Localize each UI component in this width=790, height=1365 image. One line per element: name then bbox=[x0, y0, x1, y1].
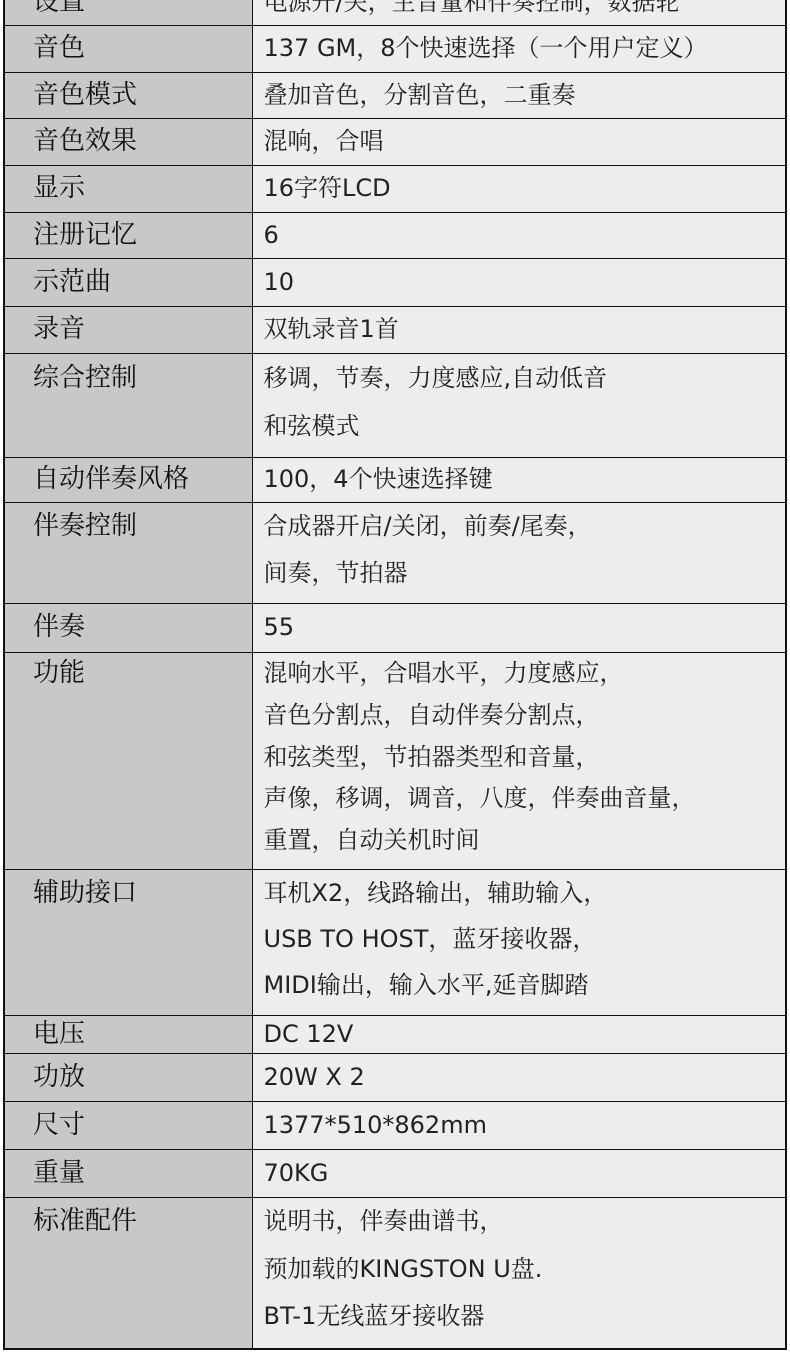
spec-label: 音色 bbox=[33, 26, 252, 71]
spec-label-cell: 显示 bbox=[4, 166, 252, 213]
spec-label-cell: 标准配件 bbox=[4, 1198, 252, 1349]
spec-value-line: 音色分割点，自动伴奏分割点， bbox=[264, 695, 786, 737]
spec-row: 功能混响水平，合唱水平，力度感应，音色分割点，自动伴奏分割点，和弦类型，节拍器类… bbox=[4, 653, 786, 870]
spec-label: 重量 bbox=[33, 1150, 252, 1196]
spec-value-line: 叠加音色，分割音色，二重奏 bbox=[264, 73, 786, 117]
spec-value-line: 55 bbox=[264, 604, 786, 651]
spec-value-line: 6 bbox=[264, 213, 786, 257]
spec-row: 自动伴奏风格100，4个快速选择键 bbox=[4, 458, 786, 503]
spec-value-line: 16字符LCD bbox=[264, 166, 786, 211]
spec-value-cell: 10 bbox=[252, 259, 786, 307]
spec-value-cell: 叠加音色，分割音色，二重奏 bbox=[252, 73, 786, 119]
spec-value-cell: 70KG bbox=[252, 1150, 786, 1198]
spec-value-line: 电源开/关，主音量和伴奏控制，数据轮 bbox=[264, 0, 786, 24]
spec-label: 标准配件 bbox=[33, 1198, 252, 1246]
spec-value-cell: 混响，合唱 bbox=[252, 119, 786, 166]
spec-value-line: 和弦类型，节拍器类型和音量， bbox=[264, 737, 786, 779]
spec-label: 音色模式 bbox=[33, 73, 252, 117]
spec-label-cell: 尺寸 bbox=[4, 1102, 252, 1150]
spec-label-cell: 注册记忆 bbox=[4, 213, 252, 259]
spec-table-body: 设置电源开/关，主音量和伴奏控制，数据轮音色137 GM，8个快速选择（一个用户… bbox=[4, 0, 786, 1349]
spec-value-line: 合成器开启/关闭，前奏/尾奏， bbox=[264, 503, 786, 550]
spec-value-cell: 电源开/关，主音量和伴奏控制，数据轮 bbox=[252, 0, 786, 26]
spec-label-cell: 功能 bbox=[4, 653, 252, 870]
spec-value-line: 1377*510*862mm bbox=[264, 1102, 786, 1148]
spec-label-cell: 音色效果 bbox=[4, 119, 252, 166]
spec-label-cell: 综合控制 bbox=[4, 354, 252, 458]
spec-label-cell: 伴奏控制 bbox=[4, 503, 252, 604]
spec-row: 尺寸1377*510*862mm bbox=[4, 1102, 786, 1150]
spec-value-cell: 双轨录音1首 bbox=[252, 307, 786, 354]
spec-value-cell: 20W X 2 bbox=[252, 1054, 786, 1102]
spec-row: 音色模式叠加音色，分割音色，二重奏 bbox=[4, 73, 786, 119]
spec-value-cell: 1377*510*862mm bbox=[252, 1102, 786, 1150]
spec-value-line: 混响，合唱 bbox=[264, 119, 786, 164]
spec-row: 电压DC 12V bbox=[4, 1016, 786, 1054]
spec-label: 显示 bbox=[33, 166, 252, 211]
spec-label: 录音 bbox=[33, 307, 252, 352]
spec-label-cell: 电压 bbox=[4, 1016, 252, 1054]
spec-label: 综合控制 bbox=[33, 354, 252, 402]
spec-label-cell: 重量 bbox=[4, 1150, 252, 1198]
spec-value-cell: 移调，节奏，力度感应,自动低音和弦模式 bbox=[252, 354, 786, 458]
spec-table: 设置电源开/关，主音量和伴奏控制，数据轮音色137 GM，8个快速选择（一个用户… bbox=[3, 0, 787, 1350]
spec-value-line: 预加载的KINGSTON U盘. bbox=[264, 1246, 786, 1294]
spec-value-line: 重置，自动关机时间 bbox=[264, 820, 786, 862]
spec-row: 录音双轨录音1首 bbox=[4, 307, 786, 354]
spec-row: 音色137 GM，8个快速选择（一个用户定义） bbox=[4, 26, 786, 73]
spec-row: 功放20W X 2 bbox=[4, 1054, 786, 1102]
spec-row: 综合控制移调，节奏，力度感应,自动低音和弦模式 bbox=[4, 354, 786, 458]
spec-row: 伴奏55 bbox=[4, 604, 786, 653]
spec-value-line: 和弦模式 bbox=[264, 402, 786, 450]
spec-label-cell: 示范曲 bbox=[4, 259, 252, 307]
spec-value-cell: 137 GM，8个快速选择（一个用户定义） bbox=[252, 26, 786, 73]
spec-value-line: 70KG bbox=[264, 1150, 786, 1196]
spec-row: 重量70KG bbox=[4, 1150, 786, 1198]
spec-label: 电压 bbox=[33, 1016, 252, 1052]
spec-label: 尺寸 bbox=[33, 1102, 252, 1148]
spec-row: 示范曲10 bbox=[4, 259, 786, 307]
spec-value-line: 说明书，伴奏曲谱书， bbox=[264, 1198, 786, 1246]
spec-label: 功能 bbox=[33, 653, 252, 695]
spec-label-cell: 伴奏 bbox=[4, 604, 252, 653]
spec-label-cell: 设置 bbox=[4, 0, 252, 26]
spec-label: 伴奏 bbox=[33, 604, 252, 651]
spec-label: 示范曲 bbox=[33, 259, 252, 305]
spec-label-cell: 辅助接口 bbox=[4, 870, 252, 1016]
spec-value-line: 耳机X2，线路输出，辅助输入， bbox=[264, 870, 786, 916]
spec-value-cell: 55 bbox=[252, 604, 786, 653]
spec-label: 注册记忆 bbox=[33, 213, 252, 257]
spec-value-line: 混响水平，合唱水平，力度感应， bbox=[264, 653, 786, 695]
spec-row: 设置电源开/关，主音量和伴奏控制，数据轮 bbox=[4, 0, 786, 26]
spec-label-cell: 功放 bbox=[4, 1054, 252, 1102]
spec-row: 伴奏控制合成器开启/关闭，前奏/尾奏，间奏，节拍器 bbox=[4, 503, 786, 604]
spec-label-cell: 自动伴奏风格 bbox=[4, 458, 252, 503]
spec-value-cell: 耳机X2，线路输出，辅助输入，USB TO HOST，蓝牙接收器，MIDI输出，… bbox=[252, 870, 786, 1016]
spec-value-line: 移调，节奏，力度感应,自动低音 bbox=[264, 354, 786, 402]
spec-value-line: DC 12V bbox=[264, 1016, 786, 1052]
spec-value-line: 声像，移调，调音，八度，伴奏曲音量， bbox=[264, 778, 786, 820]
spec-label-cell: 音色 bbox=[4, 26, 252, 73]
spec-label: 设置 bbox=[33, 0, 252, 24]
spec-label: 伴奏控制 bbox=[33, 503, 252, 550]
spec-label: 功放 bbox=[33, 1054, 252, 1100]
spec-value-cell: DC 12V bbox=[252, 1016, 786, 1054]
spec-row: 辅助接口耳机X2，线路输出，辅助输入，USB TO HOST，蓝牙接收器，MID… bbox=[4, 870, 786, 1016]
spec-value-line: 间奏，节拍器 bbox=[264, 550, 786, 597]
spec-label-cell: 音色模式 bbox=[4, 73, 252, 119]
spec-value-cell: 合成器开启/关闭，前奏/尾奏，间奏，节拍器 bbox=[252, 503, 786, 604]
spec-row: 注册记忆6 bbox=[4, 213, 786, 259]
spec-value-cell: 16字符LCD bbox=[252, 166, 786, 213]
spec-row: 标准配件说明书，伴奏曲谱书，预加载的KINGSTON U盘.BT-1无线蓝牙接收… bbox=[4, 1198, 786, 1349]
spec-label: 音色效果 bbox=[33, 119, 252, 164]
spec-value-cell: 说明书，伴奏曲谱书，预加载的KINGSTON U盘.BT-1无线蓝牙接收器 bbox=[252, 1198, 786, 1349]
spec-value-line: 137 GM，8个快速选择（一个用户定义） bbox=[264, 26, 786, 71]
spec-value-line: 100，4个快速选择键 bbox=[264, 458, 786, 501]
spec-value-line: 双轨录音1首 bbox=[264, 307, 786, 352]
spec-row: 音色效果混响，合唱 bbox=[4, 119, 786, 166]
spec-value-line: 10 bbox=[264, 259, 786, 305]
spec-value-line: MIDI输出，输入水平,延音脚踏 bbox=[264, 962, 786, 1008]
spec-value-cell: 混响水平，合唱水平，力度感应，音色分割点，自动伴奏分割点，和弦类型，节拍器类型和… bbox=[252, 653, 786, 870]
spec-label: 辅助接口 bbox=[33, 870, 252, 916]
spec-value-line: 20W X 2 bbox=[264, 1054, 786, 1100]
spec-label-cell: 录音 bbox=[4, 307, 252, 354]
spec-value-cell: 6 bbox=[252, 213, 786, 259]
spec-row: 显示16字符LCD bbox=[4, 166, 786, 213]
spec-value-line: BT-1无线蓝牙接收器 bbox=[264, 1293, 786, 1341]
spec-label: 自动伴奏风格 bbox=[33, 458, 252, 501]
spec-value-cell: 100，4个快速选择键 bbox=[252, 458, 786, 503]
spec-value-line: USB TO HOST，蓝牙接收器， bbox=[264, 916, 786, 962]
